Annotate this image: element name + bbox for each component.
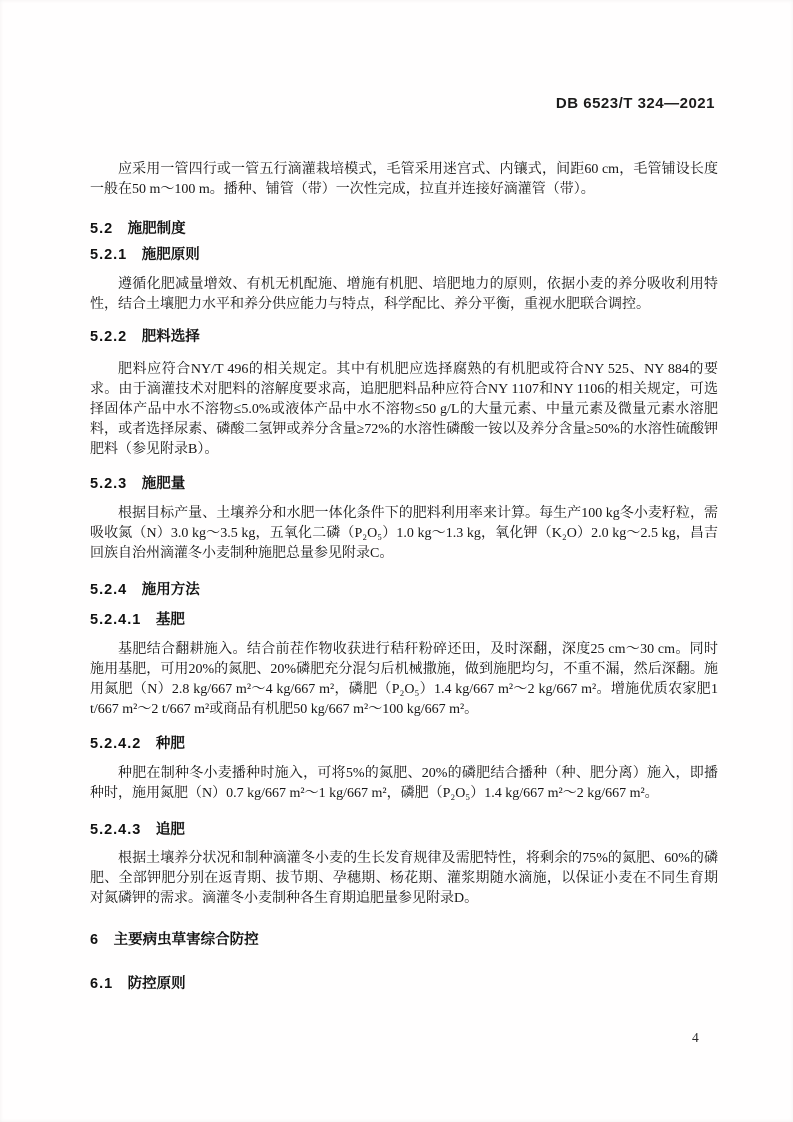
section-title: 施肥原则 — [142, 247, 200, 263]
section-title: 肥料选择 — [142, 329, 200, 345]
section-number: 5.2.4.1 — [90, 612, 141, 628]
section-title: 防控原则 — [128, 976, 186, 992]
section-heading-5-2-3: 5.2.3施肥量 — [90, 474, 718, 494]
paragraph-seed-fertilizer: 种肥在制种冬小麦播种时施入，可将5%的氮肥、20%的磷肥结合播种（种、肥分离）施… — [90, 764, 718, 804]
paragraph-topdressing: 根据土壤养分状况和制种滴灌冬小麦的生长发育规律及需肥特性，将剩余的75%的氮肥、… — [90, 849, 718, 909]
section-heading-5-2-4-2: 5.2.4.2种肥 — [90, 734, 718, 754]
section-heading-6-1: 6.1防控原则 — [90, 974, 718, 994]
section-title: 施肥量 — [142, 476, 186, 492]
chapter-heading-6: 6主要病虫草害综合防控 — [90, 930, 718, 950]
chapter-number: 6 — [90, 932, 99, 948]
section-title: 基肥 — [156, 612, 185, 628]
section-heading-5-2-4-3: 5.2.4.3追肥 — [90, 820, 718, 840]
standard-number-header: DB 6523/T 324—2021 — [556, 95, 715, 112]
section-heading-5-2-4-1: 5.2.4.1基肥 — [90, 610, 718, 630]
paragraph-base-fertilizer: 基肥结合翻耕施入。结合前茬作物收获进行秸秆粉碎还田，及时深翻，深度25 cm～3… — [90, 640, 718, 720]
paragraph-drip-irrigation-layout: 应采用一管四行或一管五行滴灌栽培模式，毛管采用迷宫式、内镶式，间距60 cm，毛… — [90, 160, 718, 200]
section-number: 5.2.4 — [90, 582, 127, 598]
section-title: 施肥制度 — [128, 221, 186, 237]
section-number: 5.2.4.3 — [90, 822, 141, 838]
section-number: 5.2 — [90, 221, 113, 237]
section-number: 5.2.4.2 — [90, 736, 141, 752]
section-number: 5.2.1 — [90, 247, 127, 263]
page-content: 应采用一管四行或一管五行滴灌栽培模式，毛管采用迷宫式、内镶式，间距60 cm，毛… — [90, 160, 718, 994]
section-heading-5-2-2: 5.2.2肥料选择 — [90, 327, 718, 347]
section-title: 追肥 — [156, 822, 185, 838]
section-number: 5.2.3 — [90, 476, 127, 492]
document-page: DB 6523/T 324—2021 应采用一管四行或一管五行滴灌栽培模式，毛管… — [0, 0, 793, 1122]
section-heading-5-2-4: 5.2.4施用方法 — [90, 580, 718, 600]
section-title: 种肥 — [156, 736, 185, 752]
paragraph-fertilizer-amount: 根据目标产量、土壤养分和水肥一体化条件下的肥料利用率来计算。每生产100 kg冬… — [90, 504, 718, 564]
paragraph-fertilizer-selection: 肥料应符合NY/T 496的相关规定。其中有机肥应选择腐熟的有机肥或符合NY 5… — [90, 360, 718, 460]
section-number: 5.2.2 — [90, 329, 127, 345]
paragraph-fertilization-principle: 遵循化肥减量增效、有机无机配施、增施有机肥、培肥地力的原则，依据小麦的养分吸收利… — [90, 275, 718, 315]
section-heading-5-2-1: 5.2.1施肥原则 — [90, 245, 718, 265]
chapter-title: 主要病虫草害综合防控 — [114, 932, 259, 948]
page-number: 4 — [692, 1030, 699, 1046]
section-title: 施用方法 — [142, 582, 200, 598]
section-heading-5-2: 5.2施肥制度 — [90, 219, 718, 239]
section-number: 6.1 — [90, 976, 113, 992]
